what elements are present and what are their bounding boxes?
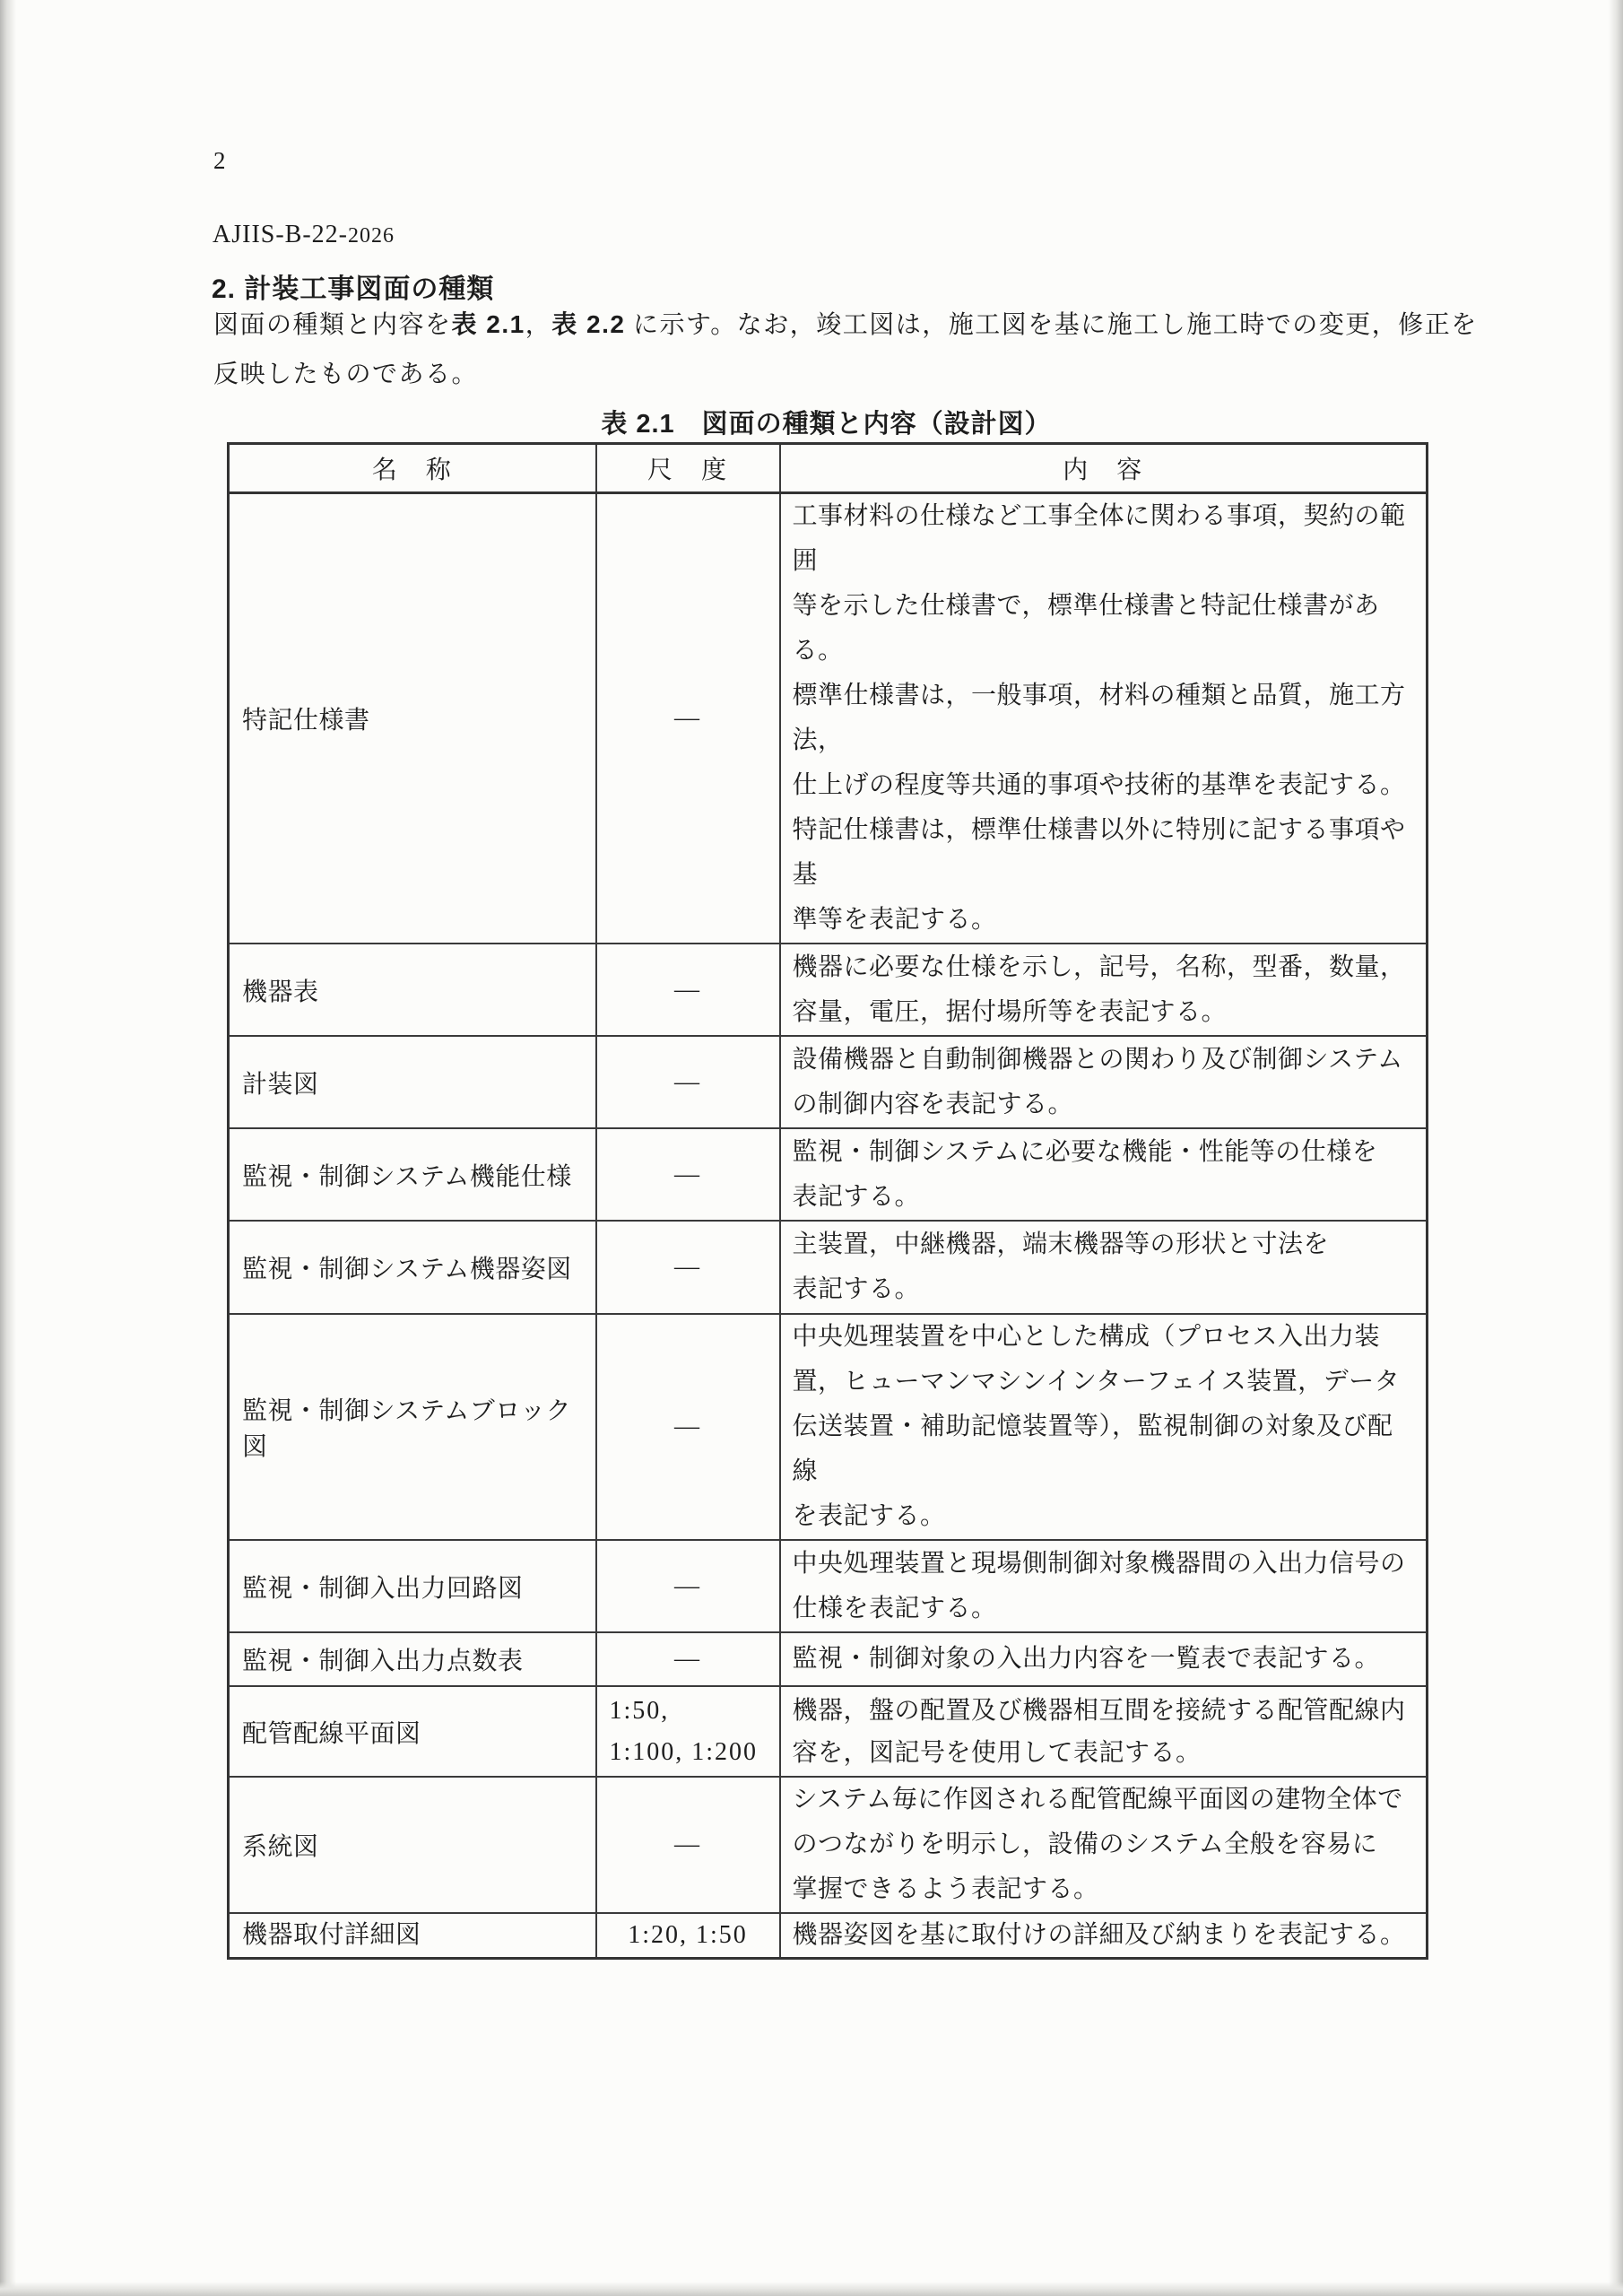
- table-row: 監視・制御システム機能仕様 — 監視・制御システムに必要な機能・性能等の仕様を …: [229, 1128, 1428, 1221]
- row-content: 機器に必要な仕様を示し，記号，名称，型番，数量， 容量，電圧，据付場所等を表記す…: [780, 944, 1428, 1036]
- table-title: 表 2.1 図面の種類と内容（設計図）: [227, 404, 1426, 440]
- row-scale: —: [596, 1632, 780, 1686]
- page-number: 2: [213, 147, 227, 175]
- row-name: 計装図: [229, 1036, 596, 1128]
- scanned-document-page: 2 AJIIS-B-22-2026 2. 計装工事図面の種類 図面の種類と内容を…: [0, 0, 1623, 2296]
- table-row: 計装図 — 設備機器と自動制御機器との関わり及び制御システム の制御内容を表記す…: [229, 1036, 1428, 1128]
- table-header-row: 名 称 尺 度 内 容: [229, 444, 1428, 493]
- row-name: 特記仕様書: [229, 493, 596, 944]
- row-scale: 1:50, 1:100, 1:200: [596, 1686, 780, 1777]
- row-content: 工事材料の仕様など工事全体に関わる事項，契約の範囲 等を示した仕様書で，標準仕様…: [780, 493, 1428, 944]
- document-code: AJIIS-B-22-2026: [213, 221, 395, 249]
- header-scale: 尺 度: [596, 444, 780, 493]
- row-content: 主装置，中継機器，端末機器等の形状と寸法を 表記する。: [780, 1221, 1428, 1314]
- row-name: 配管配線平面図: [229, 1686, 596, 1777]
- table-row: 監視・制御システム機器姿図 — 主装置，中継機器，端末機器等の形状と寸法を 表記…: [229, 1221, 1428, 1314]
- intro-text: ，: [525, 311, 552, 339]
- table-ref-2-1: 表 2.1: [452, 310, 525, 338]
- intro-paragraph: 図面の種類と内容を表 2.1，表 2.2 に示す。なお，竣工図は，施工図を基に施…: [213, 300, 1478, 399]
- header-content: 内 容: [780, 444, 1428, 493]
- row-name: 監視・制御システムブロック図: [229, 1314, 596, 1540]
- row-scale: —: [596, 1221, 780, 1314]
- row-content: システム毎に作図される配管配線平面図の建物全体で のつながりを明示し，設備のシス…: [780, 1777, 1428, 1913]
- row-name: 監視・制御入出力回路図: [229, 1540, 596, 1632]
- header-name: 名 称: [229, 444, 596, 493]
- row-scale: —: [596, 1036, 780, 1128]
- scan-edge-bottom: [0, 2282, 1623, 2296]
- table-row: 配管配線平面図 1:50, 1:100, 1:200 機器，盤の配置及び機器相互…: [229, 1686, 1428, 1777]
- row-name: 監視・制御システム機能仕様: [229, 1128, 596, 1221]
- row-content: 監視・制御システムに必要な機能・性能等の仕様を 表記する。: [780, 1128, 1428, 1221]
- row-scale: —: [596, 944, 780, 1036]
- row-content: 中央処理装置を中心とした構成（プロセス入出力装 置，ヒューマンマシンインターフェ…: [780, 1314, 1428, 1540]
- row-name: 監視・制御入出力点数表: [229, 1632, 596, 1686]
- scan-edge-left: [0, 0, 16, 2296]
- table-row: 特記仕様書 — 工事材料の仕様など工事全体に関わる事項，契約の範囲 等を示した仕…: [229, 493, 1428, 944]
- table-row: 機器取付詳細図 1:20, 1:50 機器姿図を基に取付けの詳細及び納まりを表記…: [229, 1913, 1428, 1959]
- table-row: 監視・制御入出力回路図 — 中央処理装置と現場側制御対象機器間の入出力信号の 仕…: [229, 1540, 1428, 1632]
- row-scale: —: [596, 1128, 780, 1221]
- intro-line-2: 反映したものである。: [213, 350, 1478, 399]
- row-scale: 1:20, 1:50: [596, 1913, 780, 1959]
- row-content: 機器姿図を基に取付けの詳細及び納まりを表記する。: [780, 1913, 1428, 1959]
- row-content: 機器，盤の配置及び機器相互間を接続する配管配線内 容を，図記号を使用して表記する…: [780, 1686, 1428, 1777]
- row-content: 中央処理装置と現場側制御対象機器間の入出力信号の 仕様を表記する。: [780, 1540, 1428, 1632]
- row-name: 機器取付詳細図: [229, 1913, 596, 1959]
- intro-text: に示す。なお，竣工図は，施工図を基に施工し施工時での変更，修正を: [625, 311, 1477, 339]
- scan-edge-right: [1609, 0, 1623, 2296]
- row-content: 監視・制御対象の入出力内容を一覧表で表記する。: [780, 1632, 1428, 1686]
- row-content: 設備機器と自動制御機器との関わり及び制御システム の制御内容を表記する。: [780, 1036, 1428, 1128]
- row-scale: —: [596, 1540, 780, 1632]
- row-name: 系統図: [229, 1777, 596, 1913]
- row-name: 機器表: [229, 944, 596, 1036]
- row-scale: —: [596, 1777, 780, 1913]
- document-code-main: AJIIS-B-22-: [213, 221, 348, 248]
- row-scale: —: [596, 493, 780, 944]
- row-scale: —: [596, 1314, 780, 1540]
- table-row: 機器表 — 機器に必要な仕様を示し，記号，名称，型番，数量， 容量，電圧，据付場…: [229, 944, 1428, 1036]
- table-row: 系統図 — システム毎に作図される配管配線平面図の建物全体で のつながりを明示し…: [229, 1777, 1428, 1913]
- table-ref-2-2: 表 2.2: [551, 310, 625, 338]
- row-name: 監視・制御システム機器姿図: [229, 1221, 596, 1314]
- intro-line-1: 図面の種類と内容を表 2.1，表 2.2 に示す。なお，竣工図は，施工図を基に施…: [213, 300, 1478, 350]
- intro-text: 図面の種類と内容を: [213, 311, 452, 339]
- document-code-year: 2026: [348, 224, 395, 248]
- drawing-types-table: 名 称 尺 度 内 容 特記仕様書 — 工事材料の仕様など工事全体に関わる事項，…: [227, 442, 1428, 1960]
- table-row: 監視・制御システムブロック図 — 中央処理装置を中心とした構成（プロセス入出力装…: [229, 1314, 1428, 1540]
- table-row: 監視・制御入出力点数表 — 監視・制御対象の入出力内容を一覧表で表記する。: [229, 1632, 1428, 1686]
